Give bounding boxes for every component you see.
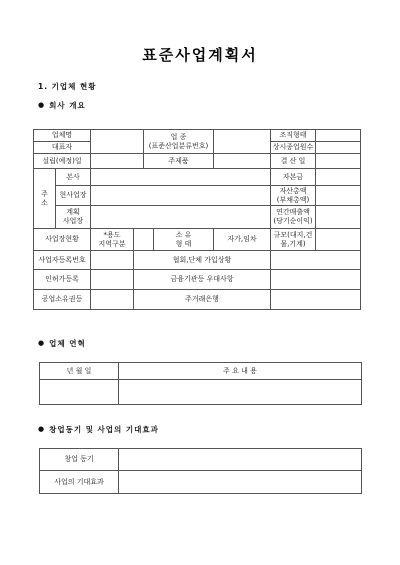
biz-reg-no-value [91,251,134,270]
hq-address-value [91,169,271,186]
license-reg-value [91,270,134,290]
annual-sales-label: 연간매출액 (당기순이익) [271,206,316,229]
total-assets-label: 자산총액 (부채총액) [271,186,316,206]
biz-name-value [91,130,144,154]
company-overview-table: 업체명 업 종 (표준산업분류번호) 조직형태 대표자 상시종업원수 설립(예정… [33,129,361,310]
capital-value [316,169,361,186]
founding-motive-value [119,449,362,471]
planned-site-label: 계획 사업장 [56,206,91,229]
hq-label: 본사 [56,169,91,186]
license-reg-label: 인허가등록 [34,270,91,290]
founding-effects-table: 창업 동기 사업의 기대효과 [39,448,362,494]
est-date-label: 설립(예정)일 [34,154,91,169]
biz-name-label: 업체명 [34,130,91,142]
heading-company-overview-label: 회사 개요 [49,100,86,111]
zone-class-label: *용도 지역구분 [91,229,134,251]
history-date-header: 년 월 일 [40,363,119,380]
section-1-heading: 1. 기업체 현황 [38,81,97,92]
industrial-property-label: 공업소유권등 [34,290,91,310]
heading-founding-effects: ● 창업동기 및 사업의 기대효과 [38,424,159,435]
bullet-icon: ● [38,426,45,433]
main-bank-value [271,290,361,310]
expected-effect-value [119,471,362,494]
bank-preference-value [271,270,361,290]
scale-value [316,229,361,251]
industrial-property-value [91,290,134,310]
bank-preference-label: 금융기관등 우대사항 [134,270,271,290]
main-bank-label: 주거래은행 [134,290,271,310]
biz-reg-no-label: 사업자등록번호 [34,251,91,270]
zone-class-value [134,229,154,251]
fiscal-date-label: 결 산 일 [271,154,316,169]
company-history-table: 년 월 일 주 요 내 용 [39,362,362,405]
employees-value [316,142,361,154]
heading-company-history-label: 업체 연혁 [49,338,86,349]
current-site-value [91,186,271,206]
site-status-label: 사업장현황 [34,229,91,251]
annual-sales-value [316,206,361,229]
expected-effect-label: 사업의 기대효과 [40,471,119,494]
total-assets-value [316,186,361,206]
heading-founding-effects-label: 창업동기 및 사업의 기대효과 [49,424,159,435]
own-or-lease-label: 자가,임차 [214,229,271,251]
founding-motive-label: 창업 동기 [40,449,119,471]
capital-label: 자본금 [271,169,316,186]
main-product-value [214,154,271,169]
industry-value [214,130,271,154]
history-date-cell [40,380,119,405]
org-type-value [316,130,361,142]
fiscal-date-value [316,154,361,169]
main-product-label: 주제품 [144,154,214,169]
history-content-cell [119,380,362,405]
est-date-value [91,154,144,169]
employees-label: 상시종업원수 [271,142,316,154]
industry-label: 업 종 (표준산업분류번호) [144,130,214,154]
bullet-icon: ● [38,340,45,347]
current-site-label: 현사업장 [56,186,91,206]
heading-company-overview: ● 회사 개요 [38,100,86,111]
scale-label: 규모(대지,건 물,기계) [271,229,316,251]
ceo-label: 대표자 [34,142,91,154]
membership-value [271,251,361,270]
org-type-label: 조직형태 [271,130,316,142]
planned-site-value [91,206,271,229]
bullet-icon: ● [38,102,45,109]
history-content-header: 주 요 내 용 [119,363,362,380]
document-title: 표준사업계획서 [0,44,400,65]
ownership-type-label: 소 유 형 태 [154,229,214,251]
address-label: 주 소 [34,169,56,229]
heading-company-history: ● 업체 연혁 [38,338,86,349]
membership-label: 협회,단체 가입상황 [134,251,271,270]
